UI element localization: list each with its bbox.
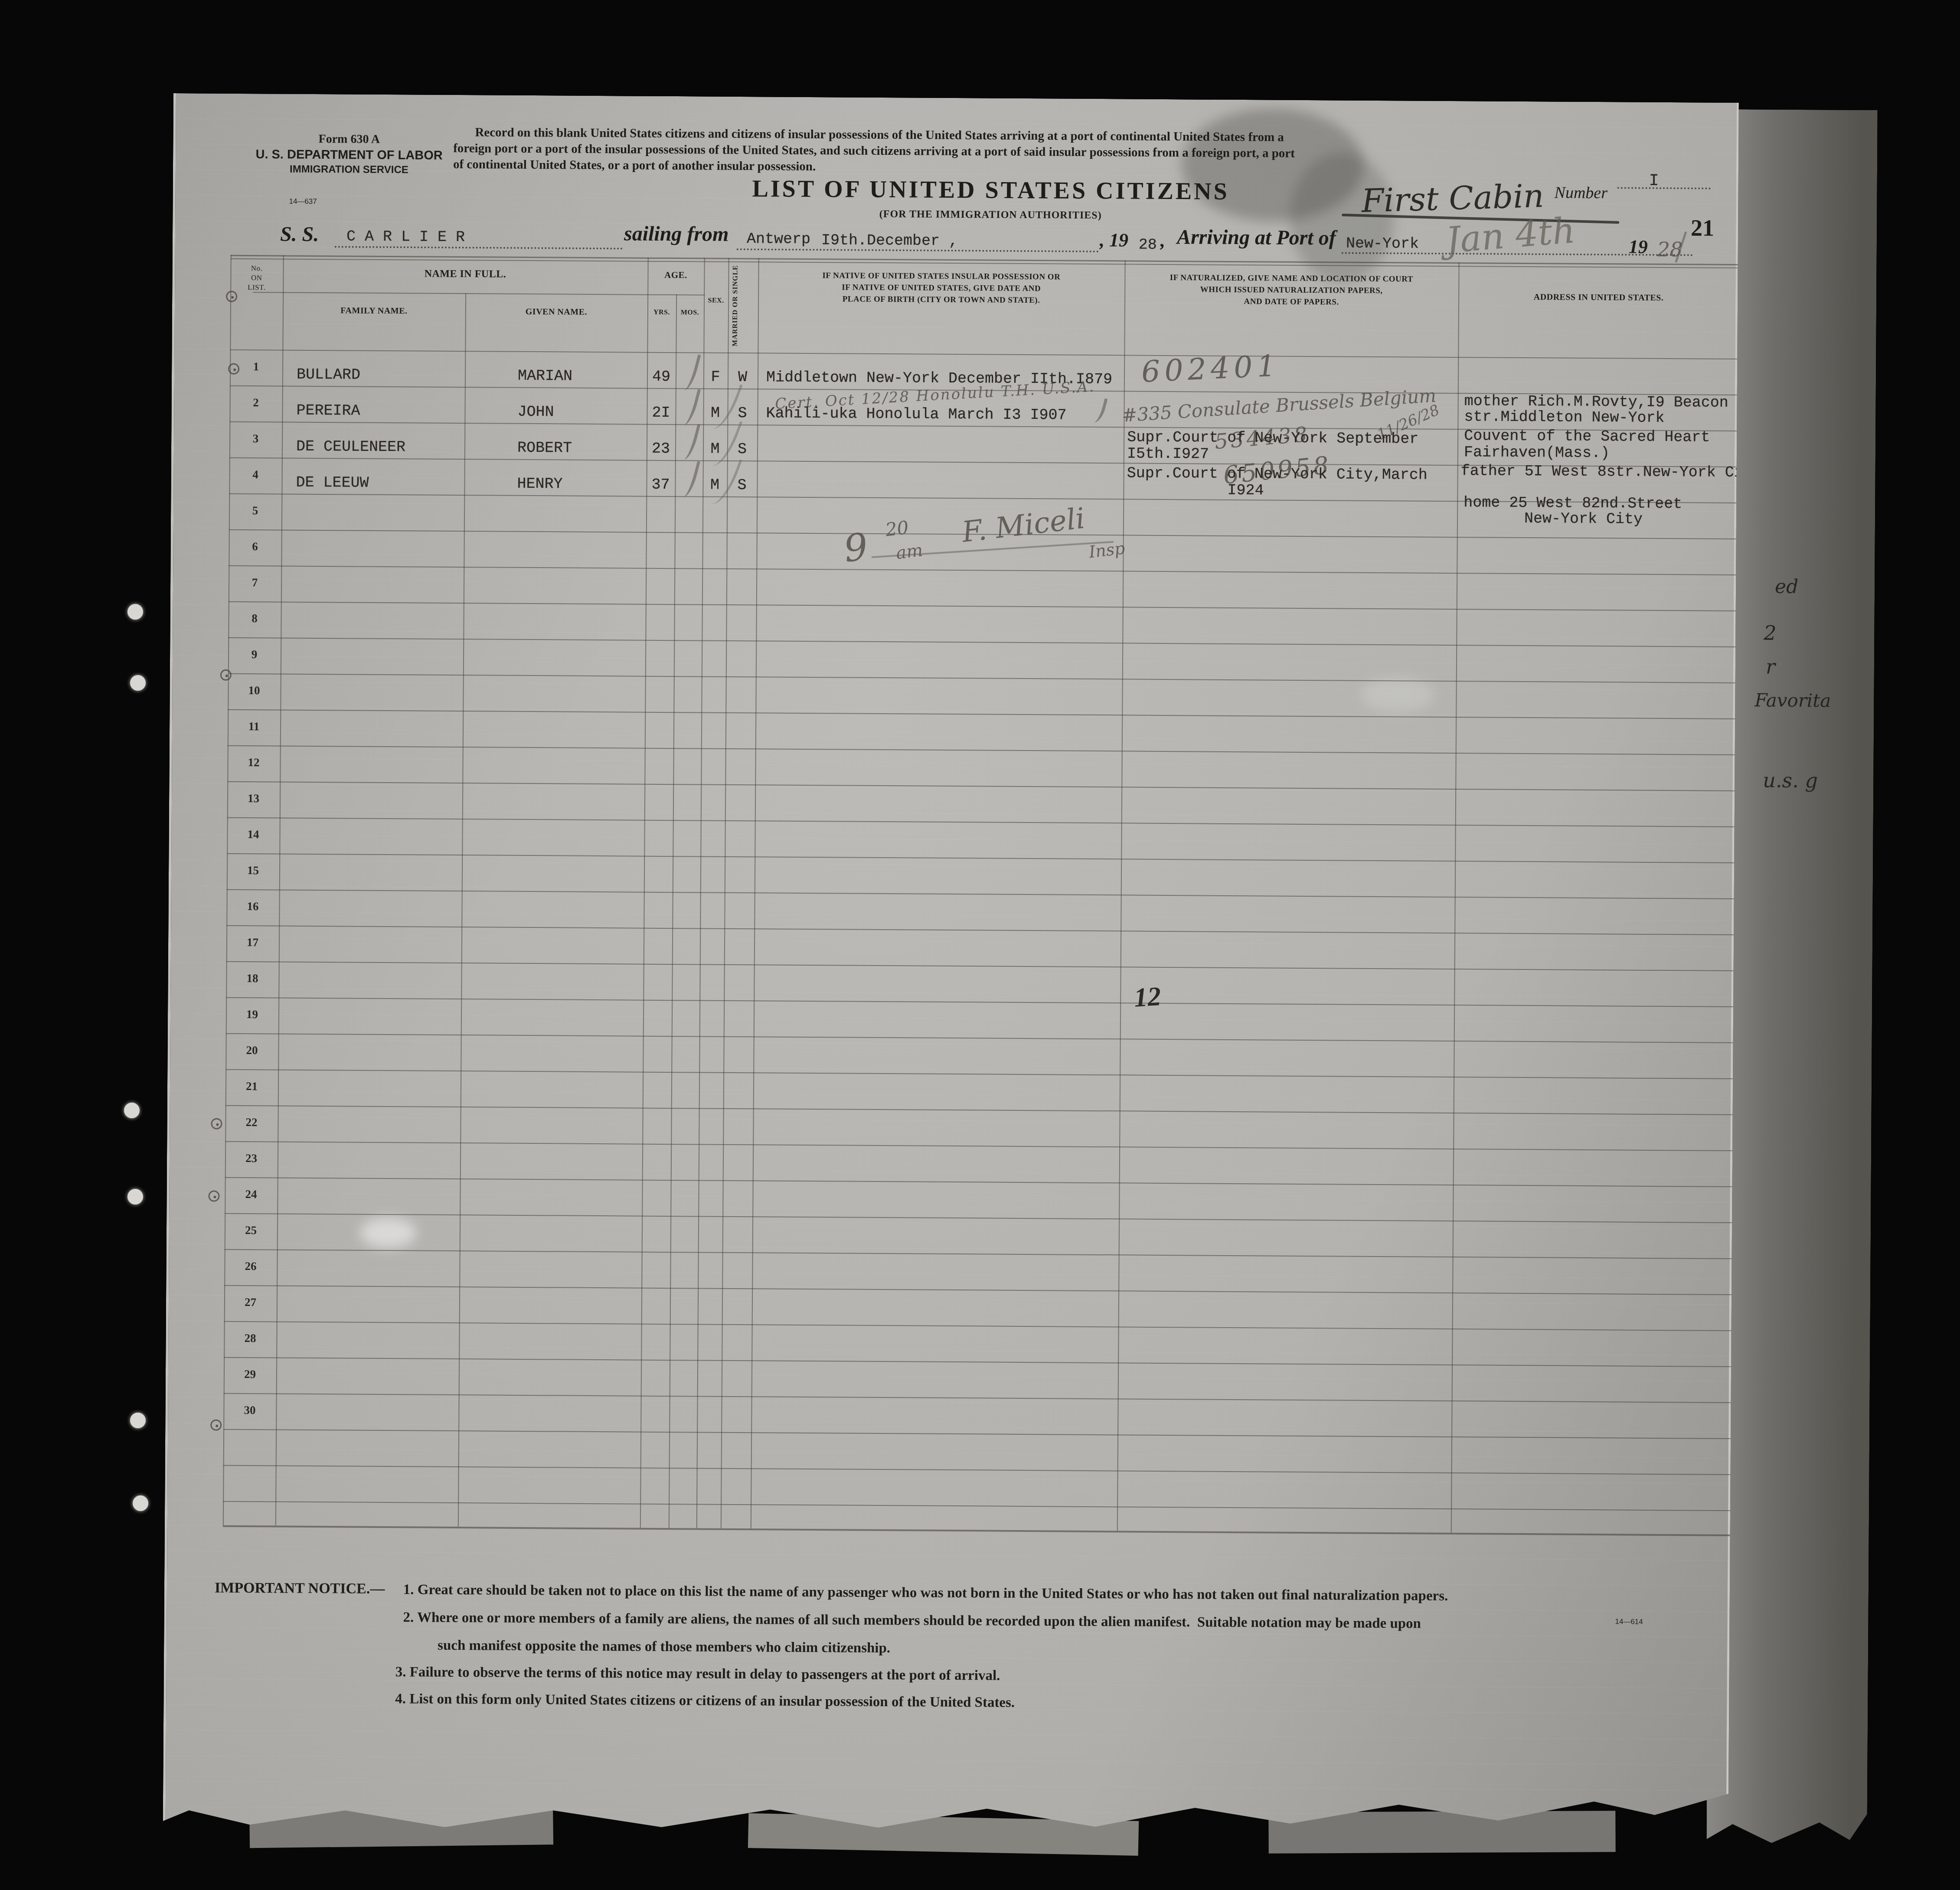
header-line: IF NATURALIZED, GIVE NAME AND LOCATION O… xyxy=(1124,271,1458,285)
header-line: ON xyxy=(230,273,283,283)
header-line: PLACE OF BIRTH (CITY OR TOWN AND STATE). xyxy=(758,293,1124,307)
row-number: 28 xyxy=(224,1332,276,1345)
row-number: 9 xyxy=(228,648,281,662)
inspector-ampm: am xyxy=(895,540,924,563)
naturalization-date: I5th.I927 xyxy=(1127,445,1209,463)
table-line xyxy=(458,293,466,1527)
notice-block: IMPORTANT NOTICE.— 1. Great care should … xyxy=(176,93,1741,103)
table-line xyxy=(228,637,1737,647)
col-header-name: NAME IN FULL. xyxy=(283,268,647,281)
row-number: 18 xyxy=(226,972,278,986)
table-line xyxy=(226,1033,1735,1043)
notice-item: 2. Where one or more members of a family… xyxy=(403,1609,1421,1632)
row-number: 26 xyxy=(224,1260,277,1273)
col-header-family: FAMILY NAME. xyxy=(283,306,465,317)
table-line xyxy=(228,745,1736,755)
row-number: 15 xyxy=(227,864,279,878)
col-header-yrs: YRS. xyxy=(647,309,676,317)
row-number: 19 xyxy=(226,1008,278,1022)
row-number: 4 xyxy=(229,468,282,482)
table-line xyxy=(225,1177,1734,1187)
row-number: 7 xyxy=(229,576,281,590)
col-header-naturalization: IF NATURALIZED, GIVE NAME AND LOCATION O… xyxy=(1124,271,1458,309)
address-line: str.Middleton New-York xyxy=(1464,408,1664,427)
notice-label: IMPORTANT NOTICE.— xyxy=(215,1580,385,1597)
row-number: 17 xyxy=(226,936,279,950)
form-service: IMMIGRATION SERVICE xyxy=(262,163,436,176)
manifest-table xyxy=(176,93,1737,103)
port-value: New-York xyxy=(1346,235,1419,253)
header-line: LIST. xyxy=(230,283,283,293)
margin-note: Favorita xyxy=(1754,689,1831,711)
table-line xyxy=(227,817,1736,827)
table-line xyxy=(224,1357,1732,1367)
sex: F xyxy=(703,368,728,385)
inspector-hour: 9 xyxy=(842,525,870,571)
address-line: father 5I West 8str.New-York City xyxy=(1461,462,1761,481)
margin-note: u.s. g xyxy=(1763,768,1818,792)
table-line xyxy=(223,1525,1731,1536)
table-line xyxy=(226,997,1735,1007)
table-line xyxy=(223,1465,1732,1475)
pencil-checkmark xyxy=(1091,396,1108,424)
given-name: ROBERT xyxy=(517,439,572,457)
table-line xyxy=(226,925,1735,935)
table-line xyxy=(253,292,705,295)
circle-mark xyxy=(210,1420,222,1431)
col-header-address: ADDRESS IN UNITED STATES. xyxy=(1458,292,1739,304)
margin-note: r xyxy=(1766,655,1775,678)
family-name: PEREIRA xyxy=(296,402,360,420)
pencil-checkmark xyxy=(680,387,701,427)
col-header-given: GIVEN NAME. xyxy=(465,307,647,318)
number-value: I xyxy=(1649,172,1659,190)
pencil-checkmark xyxy=(680,421,701,461)
naturalization-court: Supr.Court of New-York September xyxy=(1127,428,1418,447)
number-label: Number xyxy=(1555,183,1608,202)
table-line xyxy=(229,601,1737,611)
col-header-no: No. ON LIST. xyxy=(230,264,283,293)
table-line xyxy=(228,709,1736,719)
age-yrs: 37 xyxy=(646,476,675,493)
row-number: 23 xyxy=(225,1152,278,1165)
row-number: 13 xyxy=(227,792,280,806)
punch-hole xyxy=(124,1103,140,1118)
print-code: 14—614 xyxy=(1615,1617,1643,1626)
ss-label: S. S. xyxy=(280,222,319,247)
notice-item: such manifest opposite the names of thos… xyxy=(438,1638,890,1656)
table-line xyxy=(225,1069,1734,1079)
table-line xyxy=(225,1249,1733,1259)
white-blotch xyxy=(360,1218,416,1248)
circle-mark xyxy=(220,669,232,681)
year-label: , 19 xyxy=(1100,229,1128,251)
given-name: MARIAN xyxy=(518,367,572,385)
row-number: 25 xyxy=(225,1224,277,1237)
row-number: 11 xyxy=(228,720,280,734)
col-header-married: MARRIED OR SINGLE xyxy=(728,262,758,349)
row-number: 27 xyxy=(224,1296,277,1309)
table-line xyxy=(230,349,1738,359)
row-number: 10 xyxy=(228,684,280,698)
given-name: JOHN xyxy=(517,403,554,421)
print-code: 14—637 xyxy=(289,197,317,206)
address-line: New-York City xyxy=(1524,510,1643,528)
inspector-minute: 20 xyxy=(884,517,910,541)
row-number-column: 1234567891011121314151617181920212223242… xyxy=(176,93,1737,103)
row-number: 12 xyxy=(227,756,280,770)
col-header-age: AGE. xyxy=(647,270,704,281)
family-name: BULLARD xyxy=(297,366,360,384)
pencil-checkmark xyxy=(681,352,701,392)
cabin-note: First Cabin xyxy=(1361,177,1544,220)
age-yrs: 23 xyxy=(647,440,675,457)
family-name: DE LEEUW xyxy=(296,474,369,492)
pencil-checkmark xyxy=(680,459,700,499)
age-yrs: 2I xyxy=(647,404,675,421)
table-line xyxy=(226,961,1735,971)
table-line xyxy=(227,781,1736,791)
birthplace: Kahili-uka Honolula March I3 I907 xyxy=(766,405,1066,424)
punch-hole xyxy=(127,604,143,620)
ship-name: C A R L I E R xyxy=(346,228,465,246)
manifest-page: Form 630 A U. S. DEPARTMENT OF LABOR IMM… xyxy=(163,93,1739,1815)
inspector-signature: F. Miceli xyxy=(960,502,1086,549)
header-line: No. xyxy=(230,264,283,274)
table-line xyxy=(227,889,1735,899)
row-number: 29 xyxy=(224,1368,276,1381)
table-line xyxy=(223,1501,1731,1511)
address-line: Couvent of the Sacred Heart xyxy=(1464,427,1710,446)
address-line: Fairhaven(Mass.) xyxy=(1464,444,1610,462)
age-yrs: 49 xyxy=(647,368,676,385)
margin-note: ed xyxy=(1775,576,1799,598)
row-number: 8 xyxy=(229,612,281,626)
table-line xyxy=(229,565,1737,575)
table-line xyxy=(225,1141,1734,1151)
row-number: 3 xyxy=(229,432,282,446)
row-number: 24 xyxy=(225,1188,277,1201)
punch-hole xyxy=(130,675,146,691)
table-line xyxy=(224,1393,1732,1403)
naturalization-date: I924 xyxy=(1227,482,1264,499)
naturalization-court: Supr.Court of New-York City,March xyxy=(1127,464,1428,483)
white-blotch xyxy=(1360,677,1434,712)
form-number: Form 630 A xyxy=(262,132,436,147)
ship-line xyxy=(335,246,623,249)
row-number: 30 xyxy=(223,1404,276,1417)
sailing-port: Antwerp xyxy=(747,230,810,248)
punch-hole xyxy=(130,1413,146,1428)
table-line xyxy=(224,1285,1733,1295)
table-line xyxy=(227,853,1735,863)
row-number: 22 xyxy=(225,1116,278,1129)
circle-mark xyxy=(211,1118,222,1129)
stamp-number: 12 xyxy=(1133,981,1162,1014)
row-number: 21 xyxy=(225,1080,278,1094)
year2-label: 19 xyxy=(1629,236,1648,258)
table-line xyxy=(225,1105,1734,1115)
circle-mark xyxy=(208,1191,219,1202)
year-value: 28 xyxy=(1139,236,1157,254)
col-header-birth: IF NATIVE OF UNITED STATES INSULAR POSSE… xyxy=(758,269,1124,307)
table-line xyxy=(225,1213,1733,1223)
header-line: AND DATE OF PAPERS. xyxy=(1124,295,1458,309)
form-department: U. S. DEPARTMENT OF LABOR xyxy=(236,147,462,163)
page-title: LIST OF UNITED STATES CITIZENS xyxy=(670,174,1311,206)
col-header-mos: MOS. xyxy=(676,309,704,317)
row-number: 20 xyxy=(225,1044,278,1058)
punch-hole xyxy=(133,1495,148,1511)
arriving-label: Arriving at Port of xyxy=(1177,225,1336,250)
naturalization-number: 602401 xyxy=(1141,349,1281,389)
given-name: HENRY xyxy=(517,475,562,493)
family-name: DE CEULENEER xyxy=(296,438,405,456)
page-subtitle: (FOR THE IMMIGRATION AUTHORITIES) xyxy=(670,207,1311,223)
circle-mark xyxy=(228,363,239,375)
row-number: 6 xyxy=(229,540,281,554)
sailing-date: I9th.December , xyxy=(821,232,958,250)
sailing-from-label: sailing from xyxy=(624,222,729,246)
notice-item: 4. List on this form only United States … xyxy=(395,1691,1015,1711)
row-number: 2 xyxy=(230,396,282,410)
notice-item: 3. Failure to observe the terms of this … xyxy=(395,1664,1000,1684)
manifest-photo: ed 2 r Favorita u.s. g Form 630 A U. S. … xyxy=(163,93,1882,1815)
circle-mark xyxy=(226,291,237,302)
row-number: 14 xyxy=(227,828,279,842)
margin-note: 2 xyxy=(1764,621,1777,644)
table-line xyxy=(228,673,1737,683)
number-line xyxy=(1617,187,1711,189)
intro-paragraph: Record on this blank United States citiz… xyxy=(453,124,1499,179)
table-line xyxy=(224,1321,1733,1331)
row-number: 5 xyxy=(229,504,281,518)
punch-hole xyxy=(127,1189,143,1205)
notice-item: 1. Great care should be taken not to pla… xyxy=(403,1582,1448,1604)
comma: , xyxy=(1160,229,1165,251)
col-header-sex: SEX. xyxy=(703,297,729,304)
row-number: 16 xyxy=(226,900,279,914)
sheet-number: 21 xyxy=(1691,214,1714,241)
table-line xyxy=(223,1429,1732,1439)
